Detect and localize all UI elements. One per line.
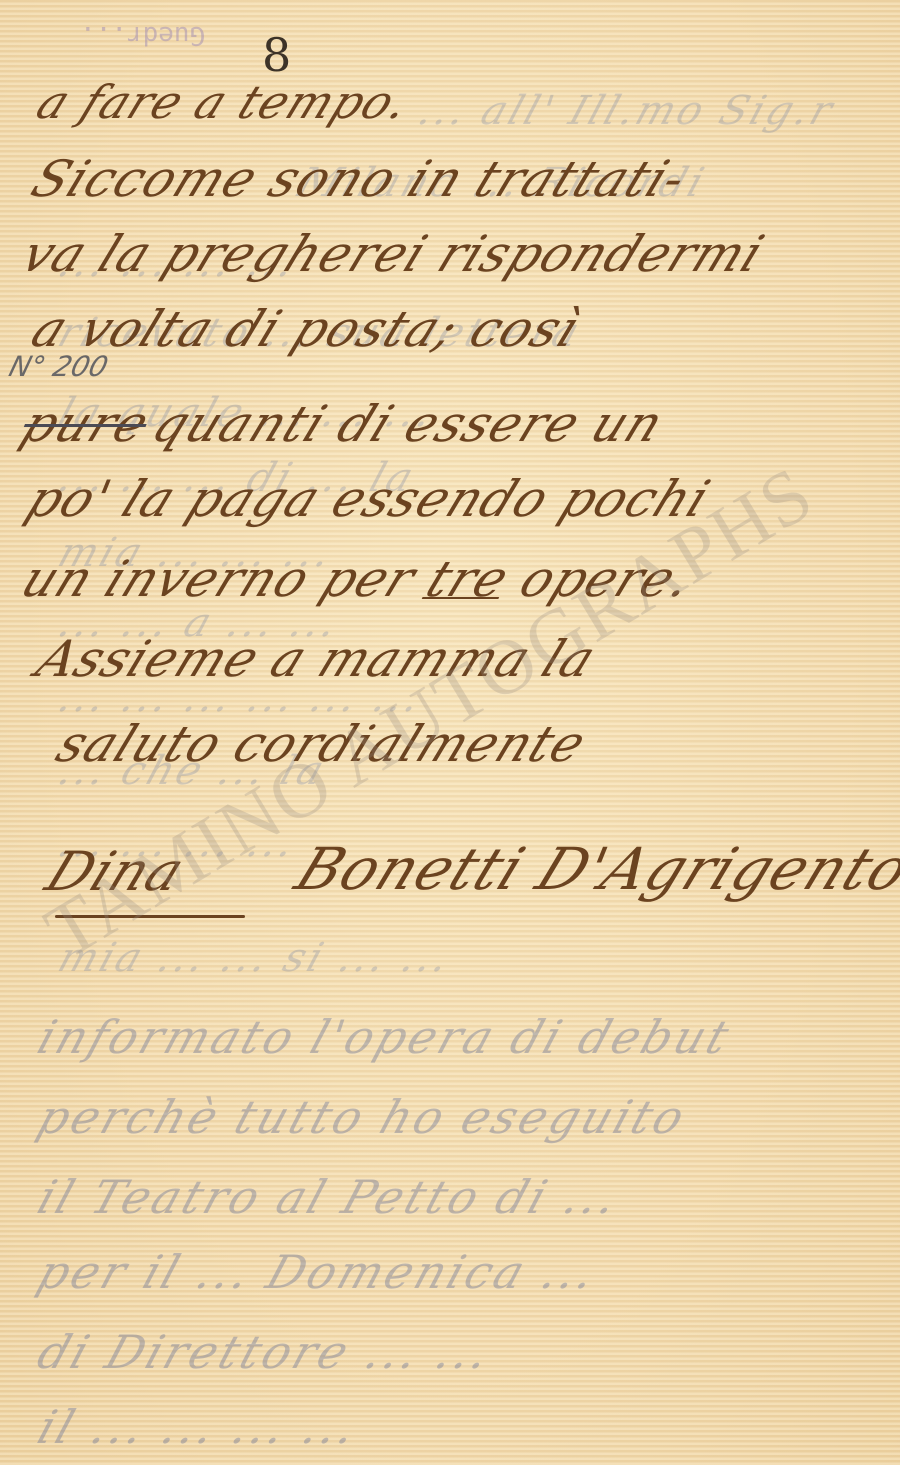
letter-line: a volta di posta; così	[23, 300, 588, 358]
archive-stamp: Guedr...	[80, 20, 205, 50]
letter-line: Siccome sono in trattati-	[23, 150, 696, 208]
bleed-line: il Teatro al Petto di ...	[31, 1170, 889, 1224]
bleed-line: perchè tutto ho eseguito	[31, 1090, 889, 1144]
bleed-line: il ... ... ... ...	[31, 1400, 889, 1454]
letter-line: po' la paga essendo pochi	[18, 470, 718, 528]
bleed-line: di Direttore ... ...	[31, 1325, 889, 1379]
bleed-line: per il ... Domenica ...	[31, 1245, 889, 1299]
bleed-line: informato l'opera di debut	[31, 1010, 889, 1064]
signature: Bonetti D'Agrigento	[286, 835, 900, 903]
bleed-line: mia ... ... si ... ...	[53, 935, 900, 981]
bleed-line: ... all' Ill.mo Sig.r	[413, 88, 900, 134]
struck-word: pure	[13, 395, 158, 453]
letter-line: pure quanti di essere un	[13, 395, 672, 453]
page-number: 8	[262, 28, 291, 82]
letter-line: va la pregherei rispondermi	[13, 225, 773, 283]
letter-line: a fare a tempo.	[29, 75, 418, 129]
